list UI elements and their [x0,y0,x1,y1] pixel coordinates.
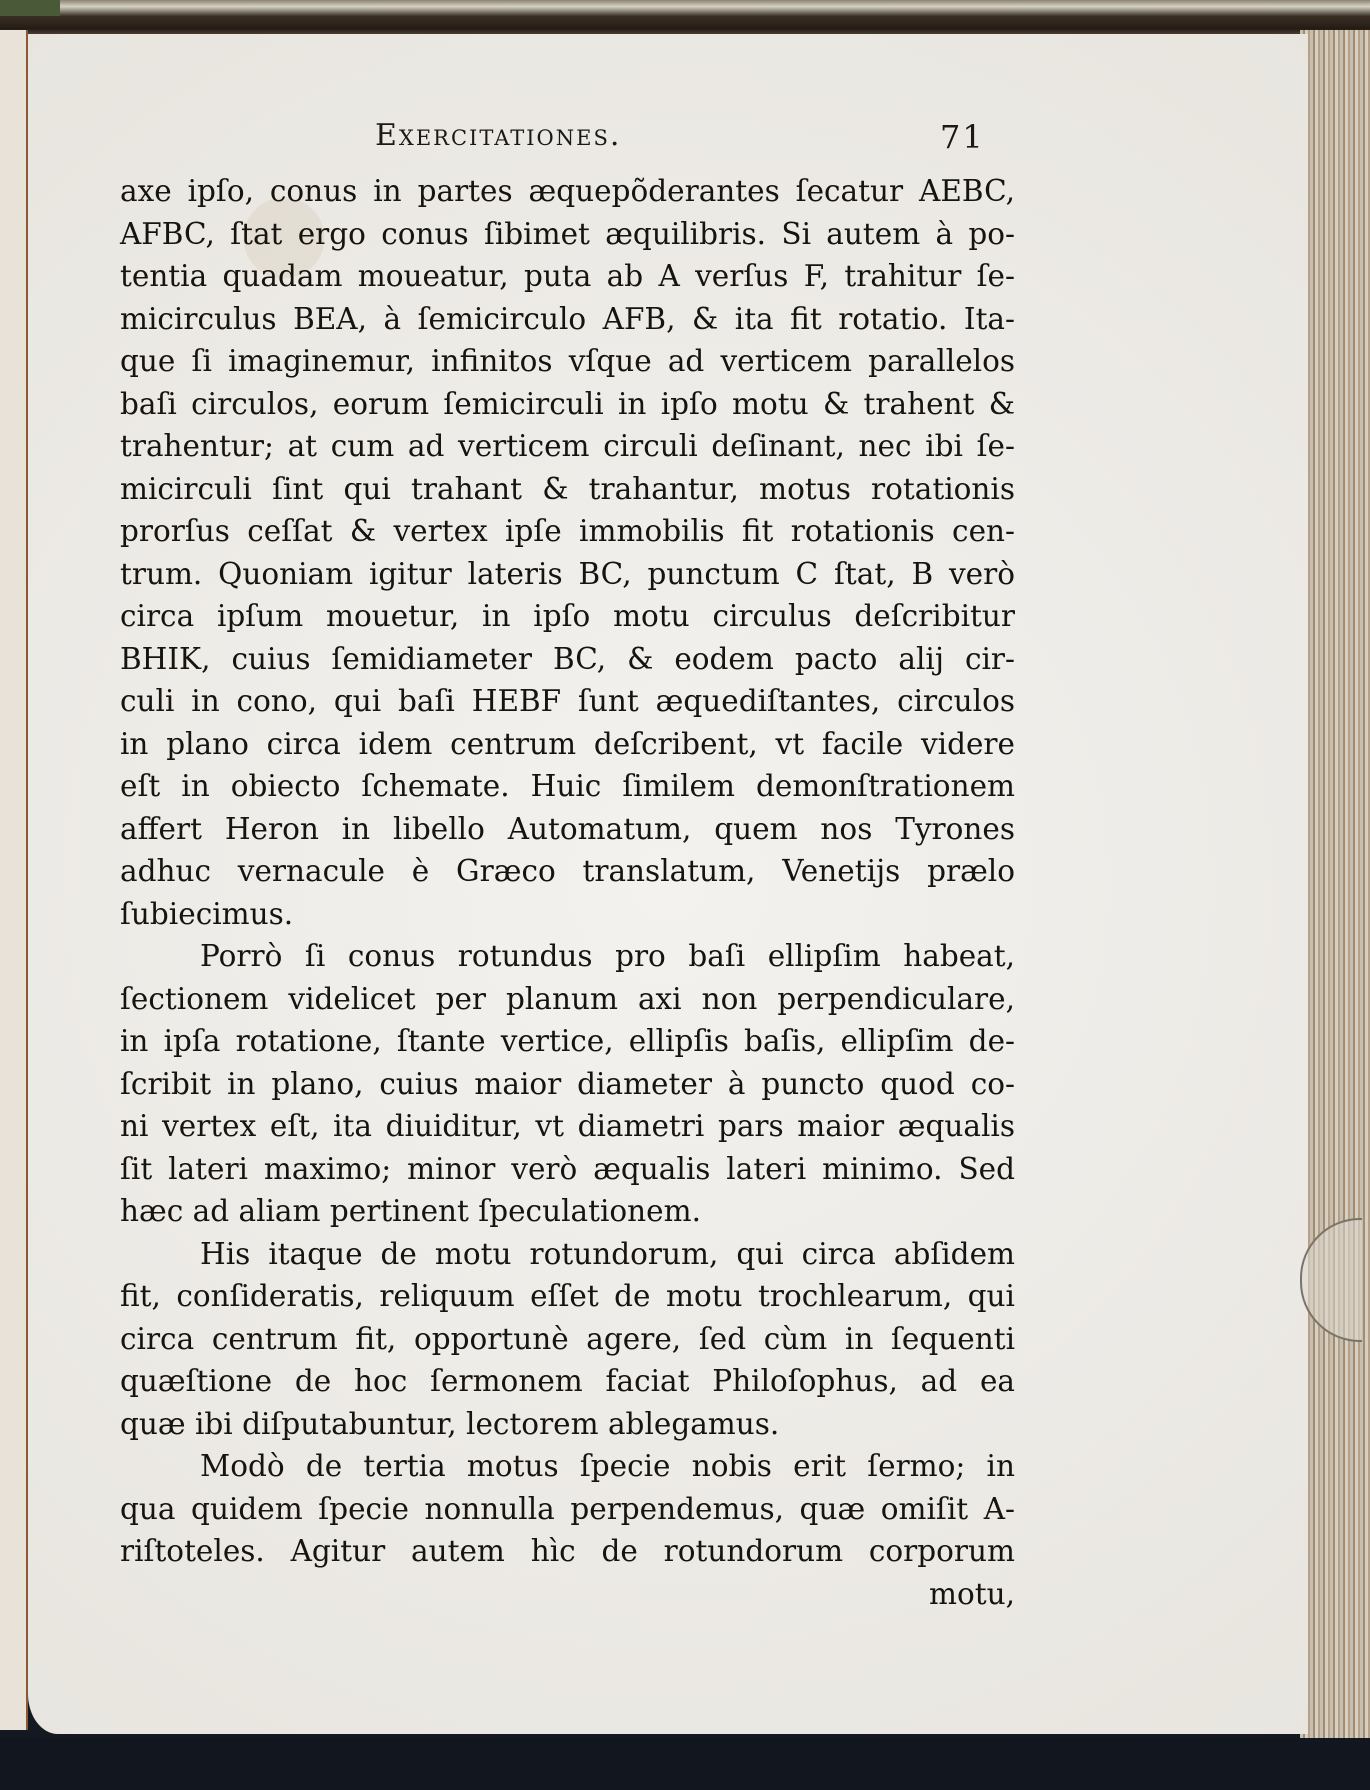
paragraph-start-line: Modò de tertia motus ſpecie nobis erit ſ… [120,1445,1015,1488]
running-head-title: Exercitationes. [375,118,621,153]
text-line: trahentur; at cum ad verticem circuli de… [120,425,1015,468]
text-line: culi in cono, qui baſi HEBF ſunt æquediſ… [120,680,1015,723]
text-line: micirculi ſint qui trahant & trahantur, … [120,468,1015,511]
paragraph-start-line: Porrò ſi conus rotundus pro baſi ellipſi… [120,935,1015,978]
text-line: ſubiecimus. [120,893,1015,936]
running-head: Exercitationes. 71 [375,118,975,158]
text-line: circa centrum fit, opportunè agere, ſed … [120,1318,1015,1361]
text-line: fit, conſideratis, reliquum eſſet de mot… [120,1275,1015,1318]
text-line: in plano circa idem centrum deſcribent, … [120,723,1015,766]
body-text: axe ipſo, conus in partes æquepõderantes… [120,170,1015,1615]
text-line: AFBC, ſtat ergo conus ſibimet æquilibris… [120,213,1015,256]
text-line: axe ipſo, conus in partes æquepõderantes… [120,170,1015,213]
text-line: adhuc vernacule è Græco translatum, Vene… [120,850,1015,893]
text-line: quæſtione de hoc ſermonem faciat Philoſo… [120,1360,1015,1403]
text-line: circa ipſum mouetur, in ipſo motu circul… [120,595,1015,638]
text-line: affert Heron in libello Automatum, quem … [120,808,1015,851]
text-line: ſit lateri maximo; minor verò æqualis la… [120,1148,1015,1191]
cover-edge [0,0,60,16]
background-surface [0,1738,1370,1790]
text-line: BHIK, cuius ſemidiameter BC, & eodem pac… [120,638,1015,681]
page-fore-edge [1300,30,1370,1742]
gutter-page-edge [0,30,28,1730]
paragraph-start-line: His itaque de motu rotundorum, qui circa… [120,1233,1015,1276]
text-line: ſectionem videlicet per planum axi non p… [120,978,1015,1021]
text-line: baſi circulos, eorum ſemicirculi in ipſo… [120,383,1015,426]
text-line: eſt in obiecto ſchemate. Huic ſimilem de… [120,765,1015,808]
book-binding-top [0,0,1370,36]
page-number: 71 [940,118,985,156]
text-line: prorſus ceſſat & vertex ipſe immobilis f… [120,510,1015,553]
text-line: ſcribit in plano, cuius maior diameter à… [120,1063,1015,1106]
text-line: riſtoteles. Agitur autem hìc de rotundor… [120,1530,1015,1573]
text-line: ni vertex eſt, ita diuiditur, vt diametr… [120,1105,1015,1148]
text-line: in ipſa rotatione, ſtante vertice, ellip… [120,1020,1015,1063]
text-line: quæ ibi diſputabuntur, lectorem ablegamu… [120,1403,1015,1446]
text-line: micirculus BEA, à ſemicirculo AFB, & ita… [120,298,1015,341]
catchword: motu, [120,1573,1015,1616]
text-line: trum. Quoniam igitur lateris BC, punctum… [120,553,1015,596]
text-line: hæc ad aliam pertinent ſpeculationem. [120,1190,1015,1233]
text-line: que ſi imaginemur, infinitos vſque ad ve… [120,340,1015,383]
text-line: qua quidem ſpecie nonnulla perpendemus, … [120,1488,1015,1531]
text-line: tentia quadam moueatur, puta ab A verſus… [120,255,1015,298]
